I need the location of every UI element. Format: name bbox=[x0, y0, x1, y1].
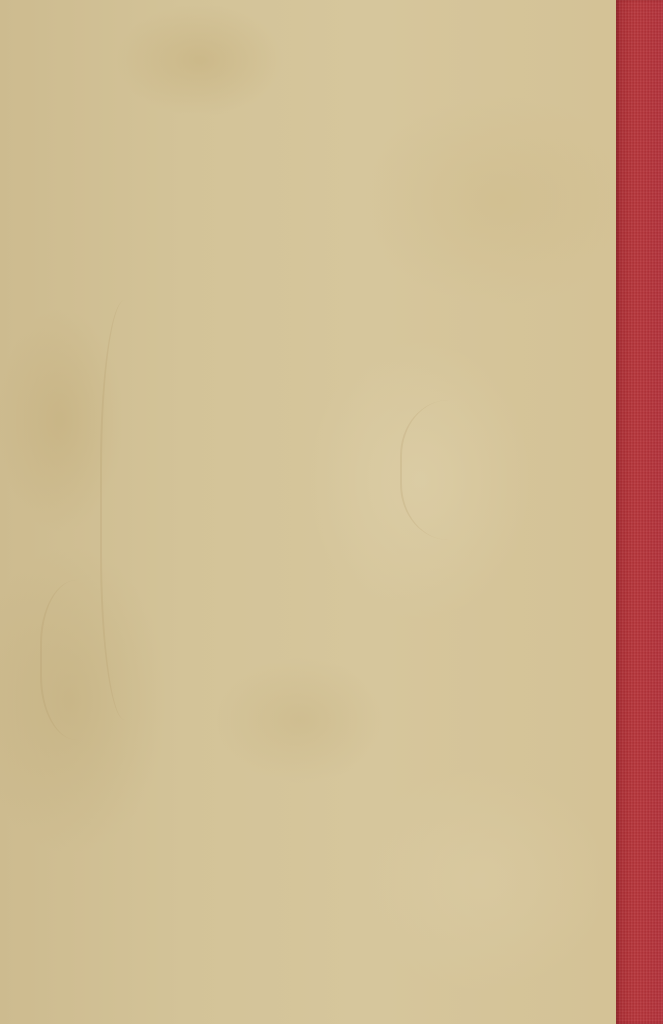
water-stain bbox=[40, 580, 132, 740]
book-cover bbox=[0, 0, 663, 1024]
aged-paper-surface bbox=[0, 0, 616, 1024]
cloth-spine bbox=[616, 0, 663, 1024]
water-stain bbox=[400, 400, 522, 540]
